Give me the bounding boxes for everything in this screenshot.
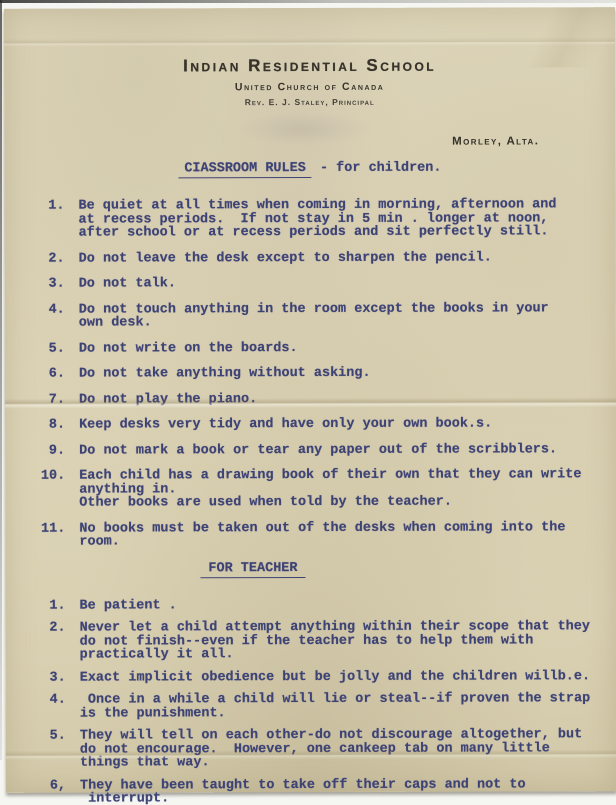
rule-item: 5. They will tell on each other-do not d… bbox=[36, 728, 592, 770]
rule-item: 9. Do not mark a book or tear any paper … bbox=[35, 443, 591, 458]
rule-item: 10. Each child has a drawing book of the… bbox=[35, 468, 591, 510]
rule-text: Do not take anything without asking. bbox=[79, 367, 371, 381]
rule-number: 4. bbox=[35, 303, 65, 330]
rule-text: Do not mark a book or tear any paper out… bbox=[79, 443, 557, 458]
rule-number: 6, bbox=[36, 779, 66, 805]
rule-number: 1. bbox=[34, 200, 64, 241]
erased-pencil-smudge bbox=[234, 112, 374, 146]
letterhead-principal: Rev. E. J. Staley, Principal bbox=[4, 96, 615, 108]
rule-number: 2. bbox=[36, 622, 66, 663]
rule-number: 3. bbox=[36, 671, 66, 685]
document-title-suffix: - for children. bbox=[312, 161, 442, 176]
rule-text: Be quiet at all times when coming in mor… bbox=[78, 198, 556, 240]
rule-item: 4. Do not touch anything in the room exc… bbox=[35, 302, 591, 330]
rule-text: They have been taught to take off their … bbox=[80, 778, 526, 805]
rule-text: Never let a child attempt anything withi… bbox=[80, 620, 590, 662]
children-rules-list: 1. Be quiet at all times when coming in … bbox=[34, 198, 591, 549]
rule-item: 6. Do not take anything without asking. bbox=[35, 366, 591, 381]
rule-item: 2. Do not leave the desk except to sharp… bbox=[35, 251, 591, 266]
rule-item: 11. No books must be taken out of the de… bbox=[35, 521, 591, 549]
rule-text: Do not touch anything in the room except… bbox=[79, 302, 549, 330]
rule-number: 2. bbox=[35, 252, 65, 266]
rule-number: 8. bbox=[35, 419, 65, 433]
document-title: CIASSROOM RULES - for children. bbox=[4, 160, 615, 177]
rule-number: 11. bbox=[35, 522, 65, 549]
rule-number: 9. bbox=[35, 444, 65, 458]
scan-edge-shadow-left bbox=[0, 0, 2, 760]
rule-number: 10. bbox=[35, 470, 65, 511]
rule-text: Keep desks very tidy and have only your … bbox=[79, 418, 492, 433]
rule-item: 1. Be quiet at all times when coming in … bbox=[34, 198, 590, 240]
scan-edge-shadow-top bbox=[0, 0, 616, 3]
rule-number: 5. bbox=[35, 342, 65, 356]
rule-item: 1. Be patient . bbox=[36, 598, 592, 613]
rule-number: 5. bbox=[36, 730, 66, 771]
rule-text: Once in a while a child will lie or stea… bbox=[80, 692, 590, 720]
document-title-underlined: CIASSROOM RULES bbox=[178, 161, 312, 178]
teacher-rules-list: 1. Be patient . 2. Never let a child att… bbox=[36, 598, 593, 805]
rule-number: 3. bbox=[35, 278, 65, 292]
rule-item: 8. Keep desks very tidy and have only yo… bbox=[35, 417, 591, 432]
rule-text: Do not talk. bbox=[79, 277, 176, 291]
rule-text: Do not write on the boards. bbox=[79, 342, 298, 356]
teacher-section-heading: FOR TEACHER bbox=[0, 560, 558, 577]
rule-text: No books must be taken out of the desks … bbox=[79, 521, 565, 549]
rule-text: Exact implicit obedience but be jolly an… bbox=[80, 670, 590, 685]
rule-item: 3. Do not talk. bbox=[35, 276, 591, 291]
rule-item: 3. Exact implicit obedience but be jolly… bbox=[36, 670, 592, 685]
rule-number: 4. bbox=[36, 694, 66, 721]
rule-item: 6, They have been taught to take off the… bbox=[36, 778, 592, 805]
corner-fold-shading bbox=[445, 7, 615, 67]
rule-number: 7. bbox=[35, 393, 65, 407]
rule-number: 6. bbox=[35, 368, 65, 382]
rule-text: Be patient . bbox=[80, 599, 177, 613]
rule-text: Each child has a drawing book of their o… bbox=[79, 468, 581, 510]
rule-item: 2. Never let a child attempt anything wi… bbox=[36, 620, 592, 662]
rule-item: 5. Do not write on the boards. bbox=[35, 341, 591, 356]
rule-text: Do not play the piano. bbox=[79, 393, 257, 407]
rule-text: They will tell on each other-do not disc… bbox=[80, 728, 582, 770]
teacher-section-heading-text: FOR TEACHER bbox=[200, 561, 305, 578]
rule-item: 4. Once in a while a child will lie or s… bbox=[36, 692, 592, 720]
rule-number: 1. bbox=[36, 599, 66, 613]
document-page: Indian Residential School United Church … bbox=[4, 7, 616, 793]
rule-text: Do not leave the desk except to sharpen … bbox=[79, 251, 492, 266]
rule-item: 7. Do not play the piano. bbox=[35, 392, 591, 407]
letterhead-organization: United Church of Canada bbox=[4, 80, 615, 94]
